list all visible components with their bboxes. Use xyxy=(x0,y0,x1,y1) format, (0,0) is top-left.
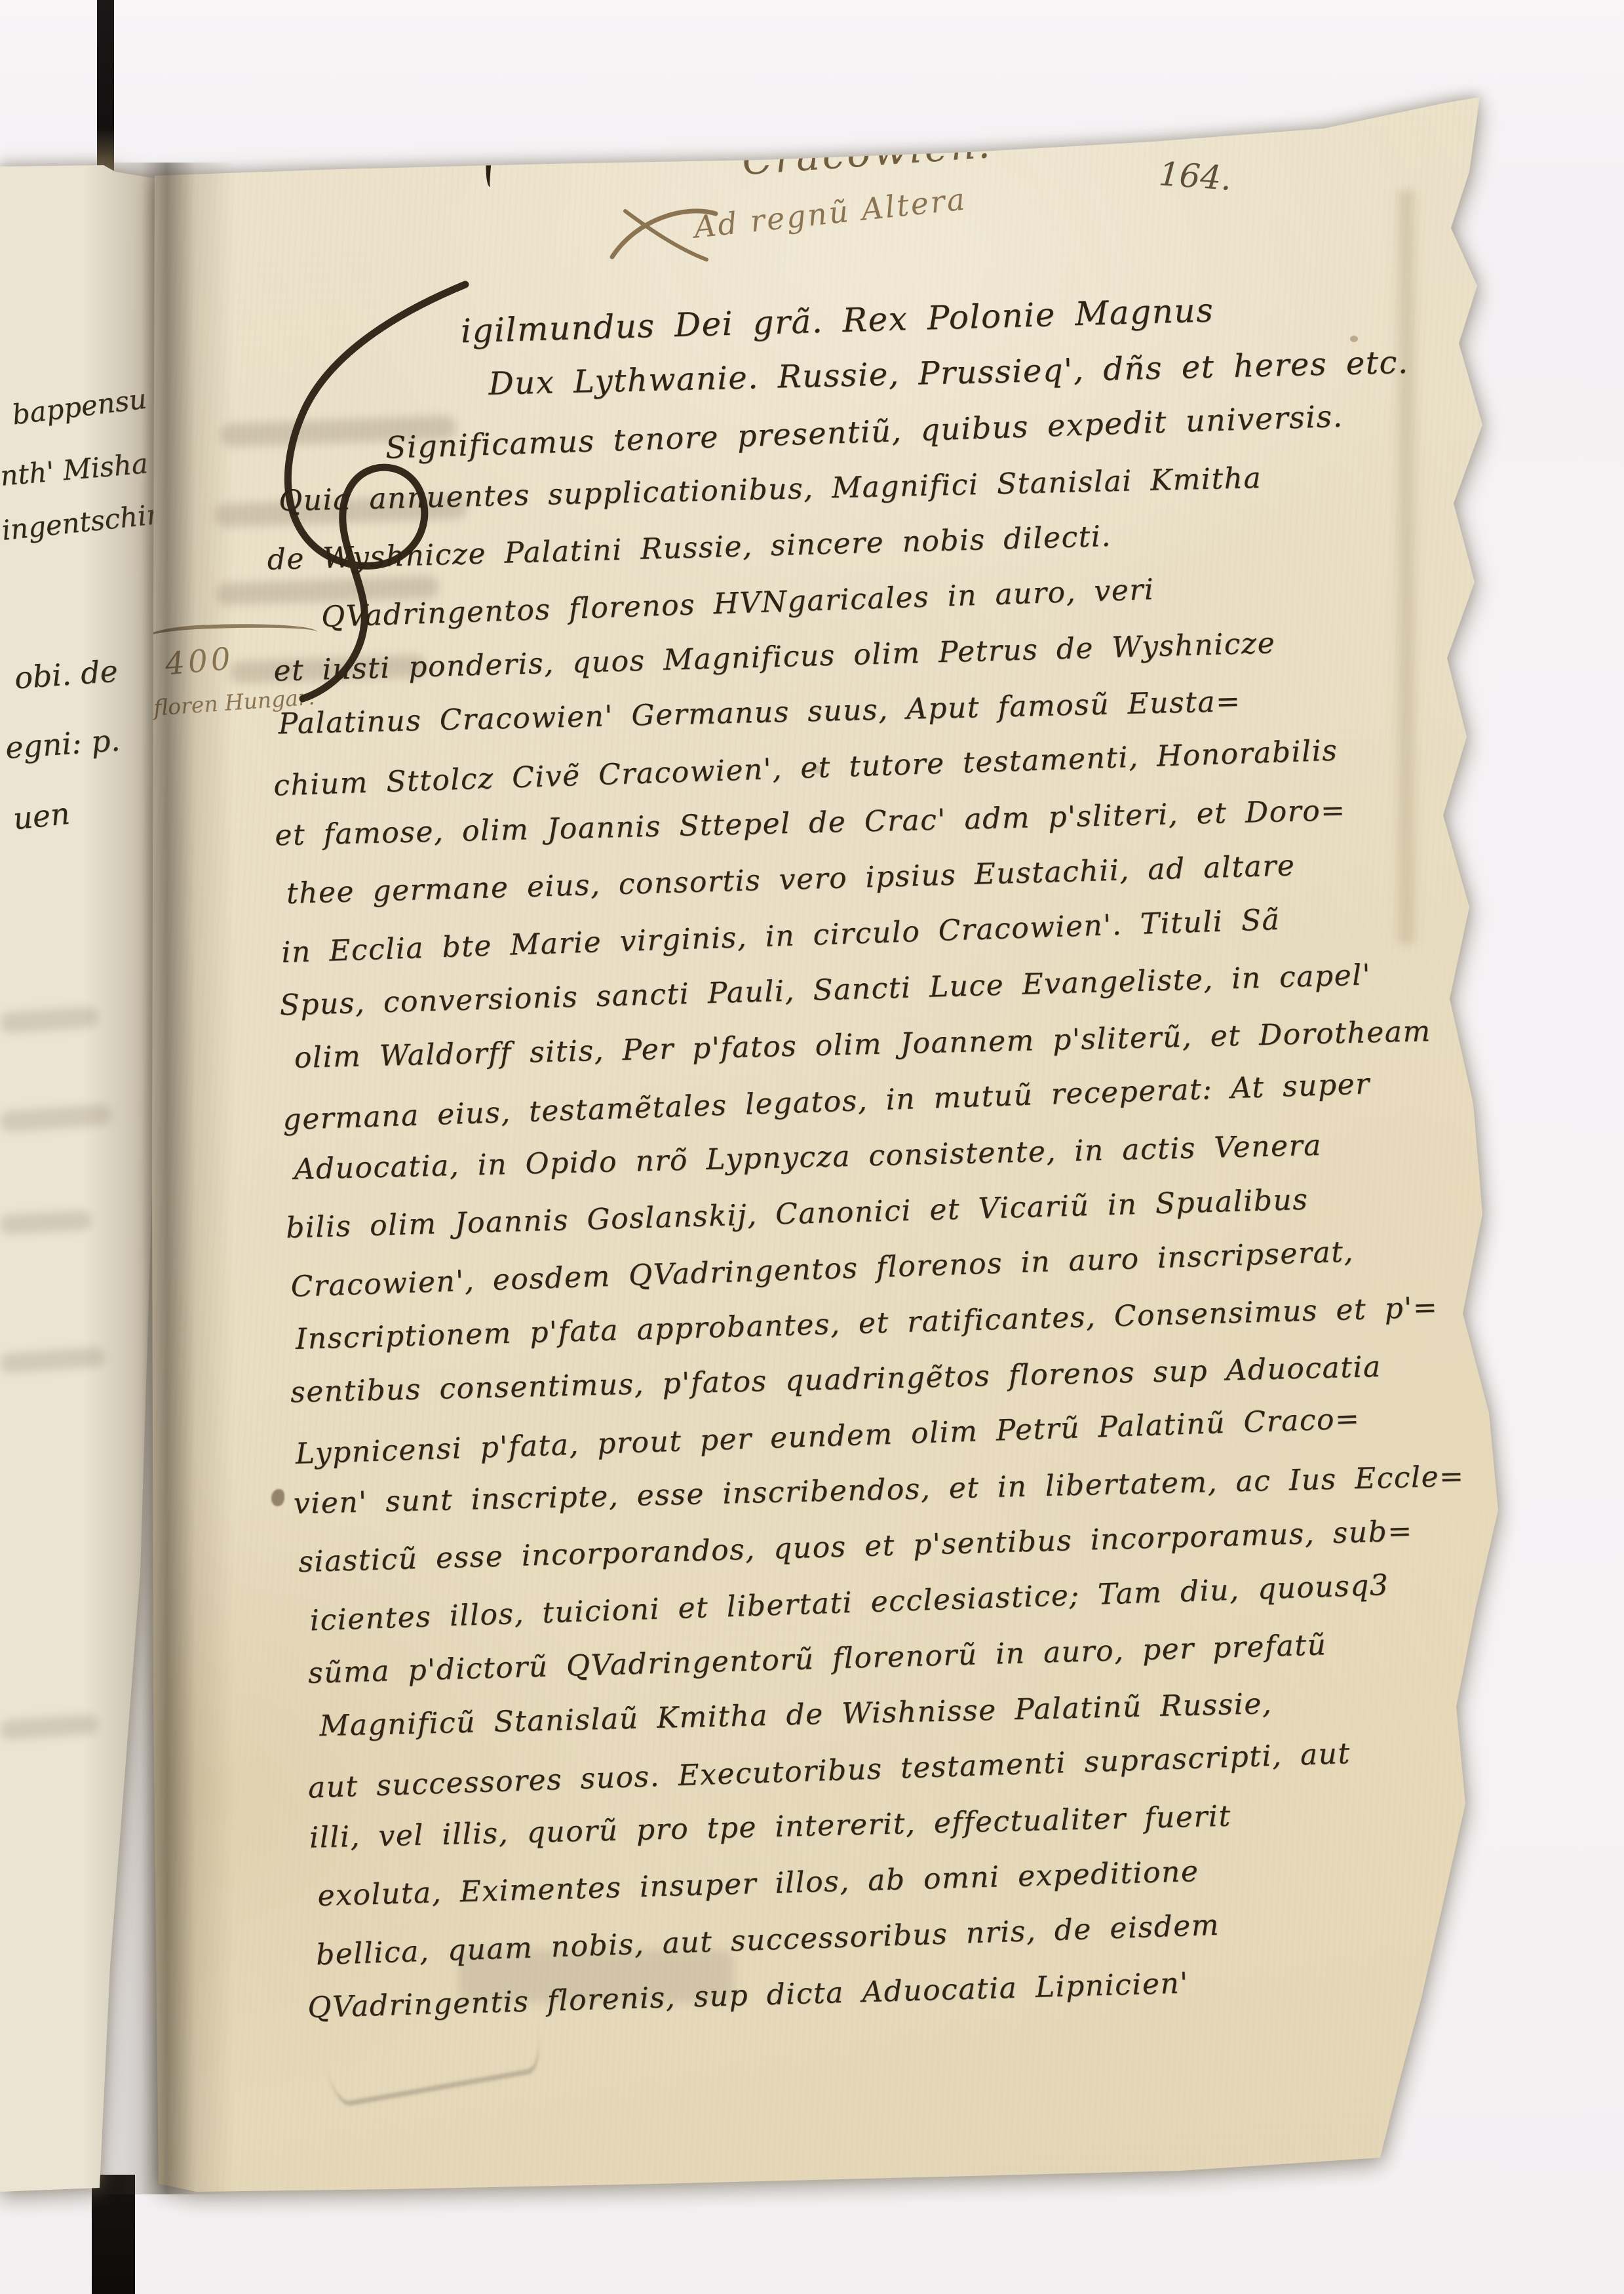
header-archival-note: Ad regnũ Altera xyxy=(692,181,968,244)
manuscript-scan: bappensu nth' Misha ingentschin obi. de … xyxy=(0,0,1624,2294)
header-repository-mark: Cracowien: xyxy=(741,121,996,185)
stray-ink-stroke xyxy=(482,96,510,188)
drop-cap-letter: S xyxy=(0,0,1,1)
body-text: igilmundus Dei grã. Rex Polonie Magnus D… xyxy=(257,275,1537,2036)
manuscript-page: Cracowien: Ad regnũ Altera 164. 400 flor… xyxy=(0,0,1624,2294)
ink-blot xyxy=(271,1489,284,1506)
manuscript-page-wrap: Cracowien: Ad regnũ Altera 164. 400 flor… xyxy=(0,0,1624,2294)
margin-note-amount: 400 xyxy=(164,641,235,683)
folio-number: 164. xyxy=(1157,155,1233,198)
